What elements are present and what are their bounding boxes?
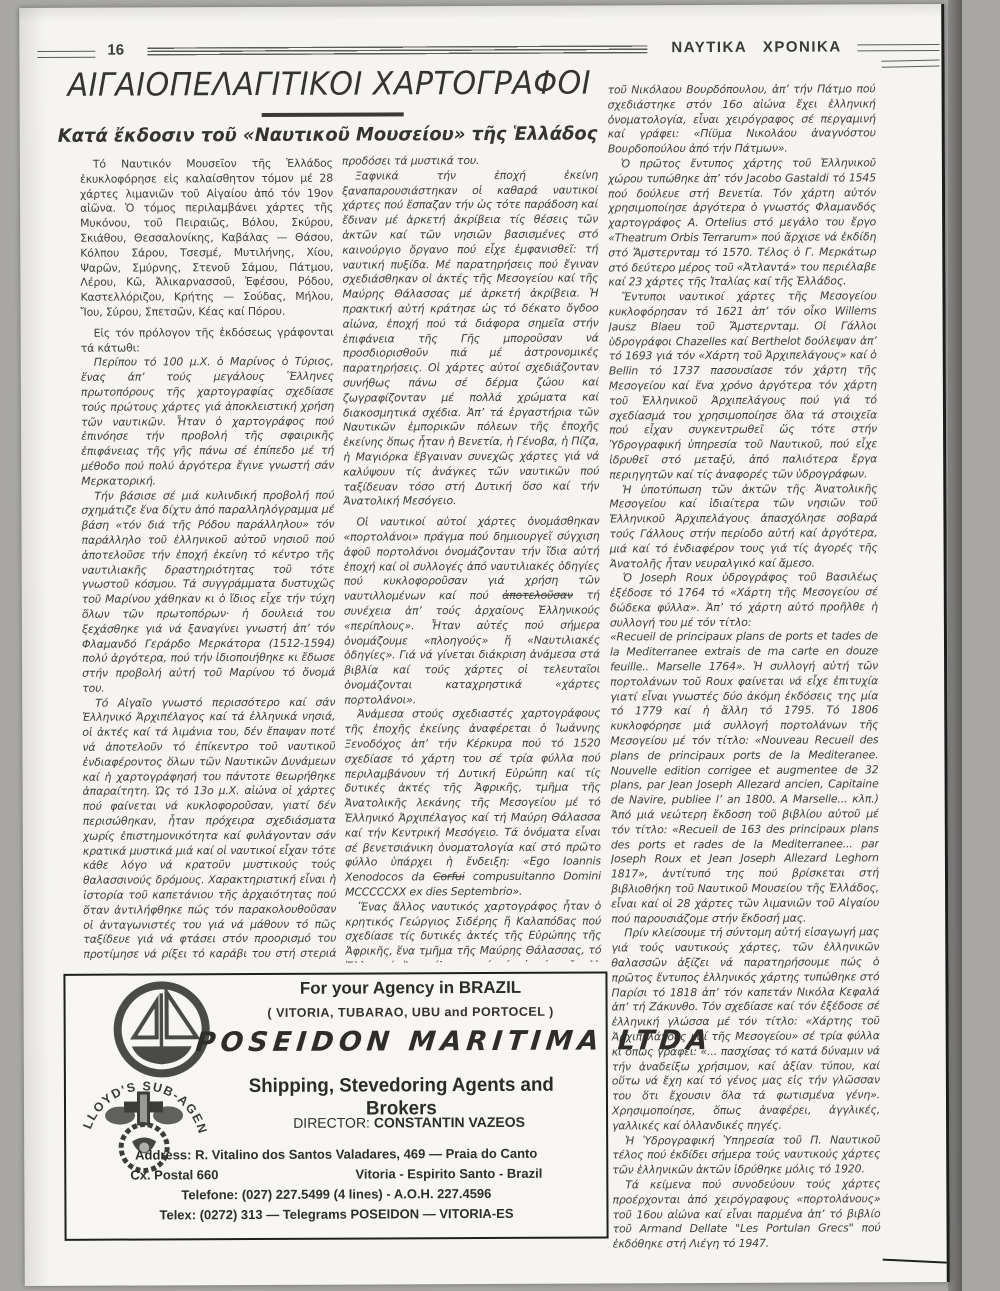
scan-gutter-shadow [948, 0, 962, 1291]
magazine-page: 16 ΝΑΥΤΙΚΑ ΧΡΟΝΙΚΑ ΑΙΓΑΙΟΠΕΛΑΓΙΤΙΚΟΙ ΧΑΡ… [19, 4, 950, 1286]
scan-corner-artifact [883, 1259, 947, 1264]
advertisement-poseidon-maritima: For your Agency in BRAZIL ( VITORIA, TUB… [63, 971, 608, 1240]
ad-company-name: POSEIDON MARITIMA LTDA [194, 1026, 597, 1059]
paragraph: Οἱ ναυτικοί αὐτοί χάρτες ὀνομάσθηκαν «πο… [343, 515, 600, 708]
paragraph: Ξαφνικά τήν ἐποχή ἐκείνη ξαναπαρουσιάστη… [342, 168, 599, 509]
ad-phone-line: Telefone: (027) 227.5499 (4 lines) - A.O… [86, 1186, 586, 1203]
ad-director-name: CONSTANTIN VAZEOS [374, 1114, 525, 1131]
paragraph: προδόσει τά μυστικά του. [342, 154, 598, 170]
ad-city: Vitoria - Espirito Santo - Brazil [355, 1166, 542, 1182]
article-column-1: Τό Ναυτικόν Μουσεῖον τῆς Ἑλλάδος ἐκυκλοφ… [80, 157, 337, 964]
masthead-title: ΝΑΥΤΙΚΑ ΧΡΟΝΙΚΑ [671, 38, 841, 56]
paragraph: «Recueil de principaux plans de ports et… [610, 630, 879, 927]
paragraph: Περίπου τό 100 μ.Χ. ὁ Μαρίνος ὁ Τύριος, … [81, 355, 335, 489]
ad-director-line: DIRECTOR: CONSTANTIN VAZEOS [218, 1114, 600, 1132]
ad-telex-line: Telex: (0272) 313 — Telegrams POSEIDON —… [86, 1206, 586, 1223]
article-column-3: τοῦ Νικόλαου Βουρδόπουλου, ἀπ’ τήν Πάτμο… [608, 82, 881, 1255]
article-title: ΑΙΓΑΙΟΠΕΛΑΓΙΤΙΚΟΙ ΧΑΡΤΟΓΡΑΦΟΙ [67, 64, 565, 104]
ad-address-line: Address: R. Vitalino dos Santos Valadare… [86, 1146, 586, 1163]
paragraph: Ὁ πρῶτος ἔντυπος χάρτης τοῦ Ἑλληνικοῦ χώ… [608, 156, 877, 290]
ad-postal: Cx. Postal 660 [130, 1167, 218, 1182]
article-column-2: προδόσει τά μυστικά του.Ξαφνικά τήν ἐποχ… [342, 154, 602, 963]
header-rule-left [37, 51, 95, 58]
ad-ports-list: ( VITORIA, TUBARAO, UBU and PORTOCEL ) [226, 1005, 596, 1021]
page-number: 16 [107, 42, 124, 59]
header-rule-center [147, 45, 647, 55]
ad-director-label: DIRECTOR: [293, 1114, 374, 1130]
paragraph: Ἡ Ὑδρογραφική Ὑπηρεσία τοῦ Π. Ναυτικοῦ τ… [612, 1133, 880, 1179]
paragraph: Τήν βάσισε σέ μιά κυλινδική προβολή πού … [81, 488, 335, 696]
paragraph: Ἕνας ἄλλος ναυτικός χαρτογράφος ἦταν ὁ κ… [345, 899, 601, 962]
paragraph: Τά κείμενα πού συνοδεύουν τούς χάρτες πρ… [612, 1177, 880, 1252]
article-subtitle: Κατά ἔκδοσιν τοῦ «Ναυτικοῦ Μουσείου» τῆς… [58, 124, 582, 147]
ad-postal-city-line: Cx. Postal 660 Vitoria - Espirito Santo … [86, 1166, 586, 1183]
paragraph: Εἰς τόν πρόλογον τῆς ἐκδόσεως γράφονται … [81, 325, 334, 356]
paragraph: τοῦ Νικόλαου Βουρδόπουλου, ἀπ’ τήν Πάτμο… [608, 82, 876, 157]
paragraph: Τό Ναυτικόν Μουσεῖον τῆς Ἑλλάδος ἐκυκλοφ… [80, 157, 334, 321]
header-rule-right [857, 44, 939, 51]
paragraph: Ἡ ὑποτύπωση τῶν ἀκτῶν τῆς Ἀνατολικῆς Μεσ… [609, 482, 877, 572]
paragraph: Ὁ Joseph Roux ὑδρογράφος τοῦ Βασιλέως ἐξ… [610, 571, 878, 631]
paragraph: Ἔντυποι ναυτικοί χάρτες τῆς Μεσογείου κυ… [608, 289, 877, 483]
title-underline [262, 112, 404, 117]
ad-headline: For your Agency in BRAZIL [225, 978, 595, 1000]
paragraph: Τό Αἰγαῖο γνωστό περισσότερο καί σάν Ἑλλ… [82, 695, 336, 963]
paragraph: Ἀνάμεσα στούς σχεδιαστές χαρτογράφους τῆ… [344, 707, 601, 900]
header-rule-right-2 [881, 60, 939, 68]
